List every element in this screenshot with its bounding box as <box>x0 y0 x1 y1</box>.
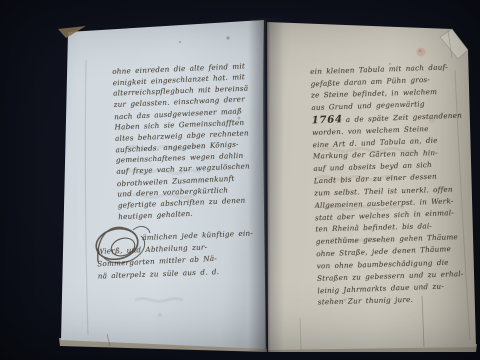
paragraph2-continuation: Wierß, und Abtheilung zur-Sommergarten m… <box>97 239 266 283</box>
left-page-text-paragraph-2: ämlichen jede künftige ein- Wierß, und A… <box>96 227 266 290</box>
right-page-text: ein kleinen Tabula mit nach dauf-gefaßte… <box>310 61 476 316</box>
left-page-text-paragraph-1: ohne einreden die alte feind miteinigkei… <box>112 60 269 230</box>
foxing-spot <box>226 36 229 39</box>
year-1764: 1764 <box>312 114 346 126</box>
pink-stain <box>417 48 426 57</box>
foxing-spot <box>179 41 181 43</box>
pink-stain-core <box>419 50 422 53</box>
manuscript-photo: ohne einreden die alte feind miteinigkei… <box>0 0 480 360</box>
right-page-upper-lines: ein kleinen Tabula mit nach dauf-gefaßte… <box>310 61 470 115</box>
right-page-lower-lines: worden. von welchem Steineeine Art d. un… <box>312 122 476 309</box>
foxing-spot <box>158 313 162 317</box>
